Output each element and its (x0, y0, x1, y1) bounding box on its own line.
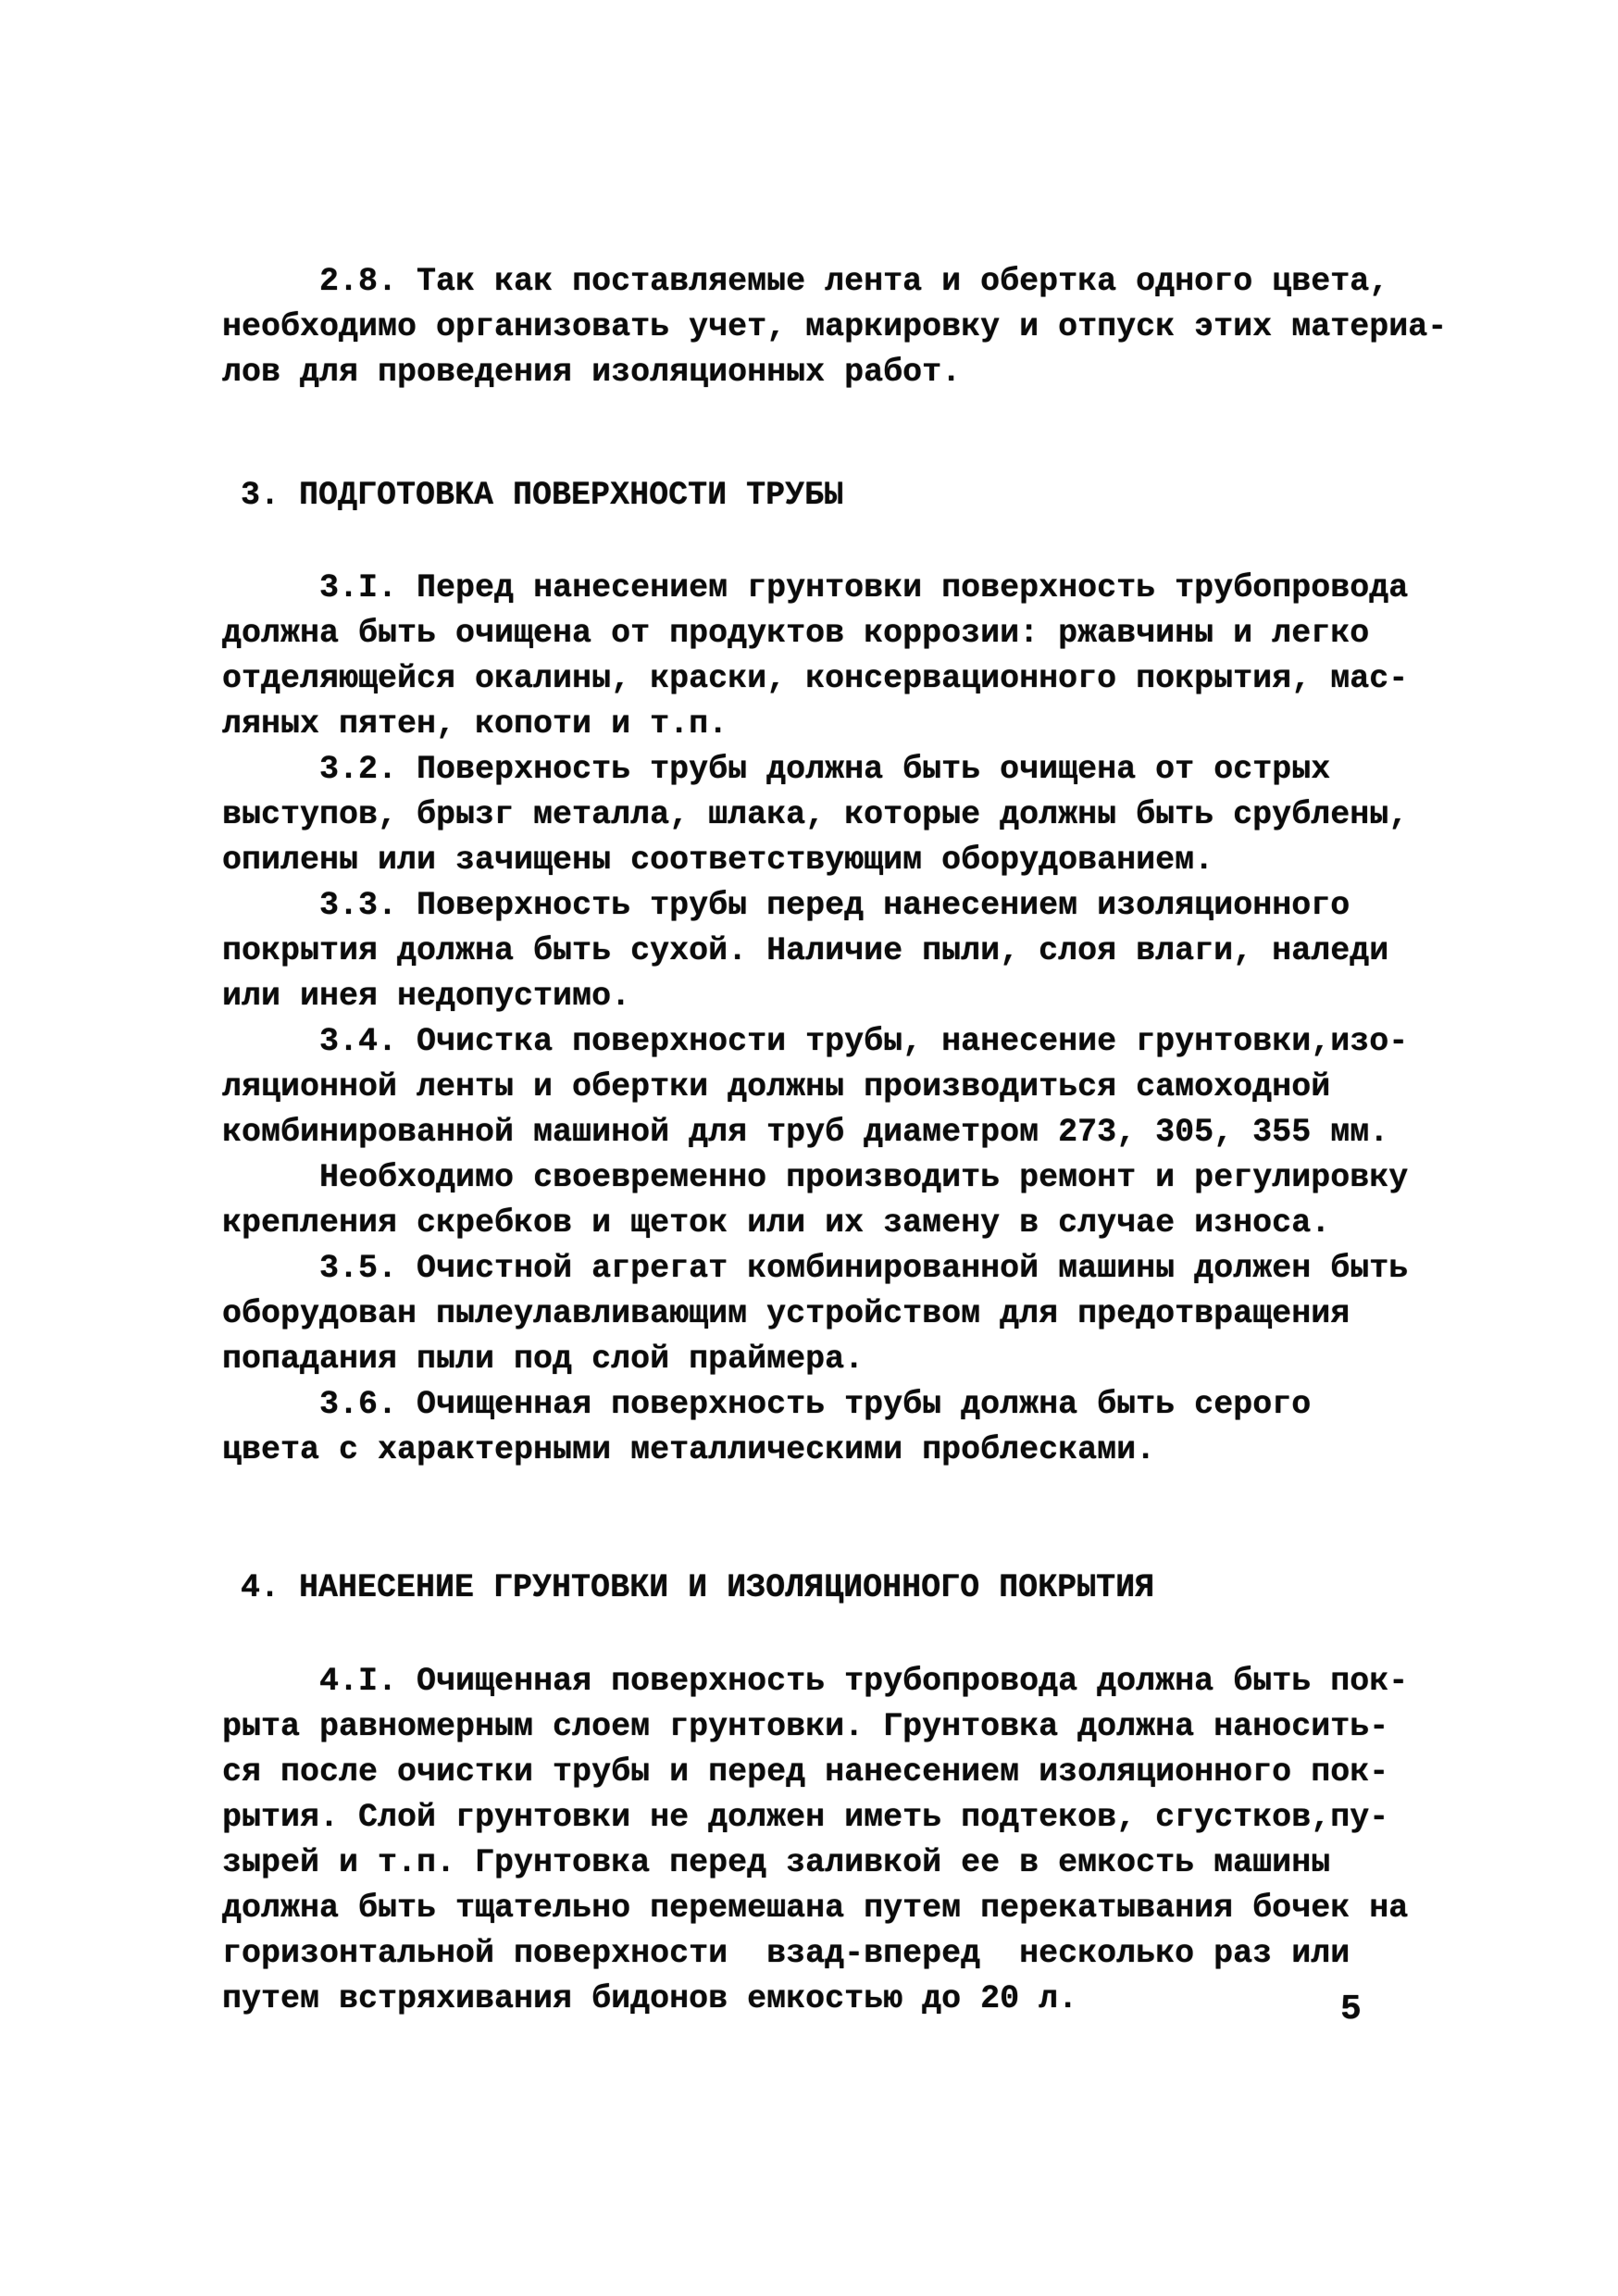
paragraph-3-6: 3.6. Очищенная поверхность трубы должна … (222, 1382, 1490, 1473)
paragraph-3-4: 3.4. Очистка поверхности трубы, нанесени… (222, 1019, 1490, 1155)
paragraph-3-4-continued: Необходимо своевременно производить ремо… (222, 1155, 1490, 1246)
paragraph-4-1: 4.I. Очищенная поверхность трубопровода … (222, 1659, 1490, 2022)
paragraph-2-8: 2.8. Так как поставляемые лента и обертк… (222, 259, 1490, 395)
section-heading-4: 4. НАНЕСЕНИЕ ГРУНТОВКИ И ИЗОЛЯЦИОННОГО П… (241, 1566, 1490, 1611)
paragraph-3-1: 3.I. Перед нанесением грунтовки поверхно… (222, 566, 1490, 747)
page-number: 5 (1340, 1987, 1362, 2032)
paragraph-3-5: 3.5. Очистной агрегат комбинированной ма… (222, 1246, 1490, 1382)
paragraph-3-3: 3.3. Поверхность трубы перед нанесением … (222, 883, 1490, 1019)
section-heading-3: 3. ПОДГОТОВКА ПОВЕРХНОСТИ ТРУБЫ (241, 473, 1490, 518)
paragraph-3-2: 3.2. Поверхность трубы должна быть очище… (222, 747, 1490, 883)
scanned-document-page: 2.8. Так как поставляемые лента и обертк… (0, 0, 1618, 2296)
text-block: 2.8. Так как поставляемые лента и обертк… (222, 259, 1490, 2022)
